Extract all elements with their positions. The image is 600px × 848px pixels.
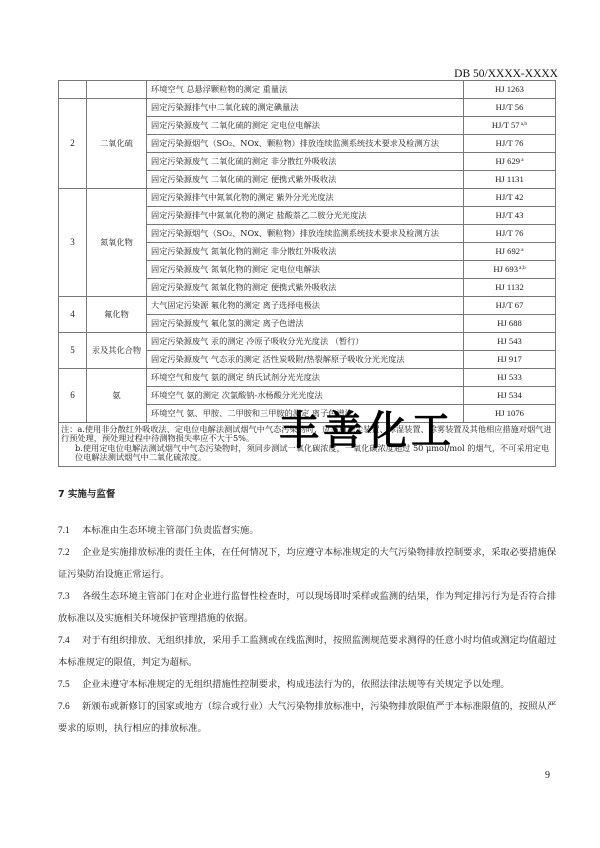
clause-list: 7.1本标准由生态环境主管部门负责监督实施。 7.2企业是实施排放标准的责任主体… — [58, 520, 558, 740]
standard-number: HJ 1132 — [464, 279, 556, 297]
clause-number: 7.1 — [58, 520, 82, 542]
method-name: 固定污染源烟气（SO₂、NOx、颗粒物）排放连续监测系统技术要求及检测方法 — [147, 135, 464, 153]
standard-number: HJ/T 57a,b — [464, 117, 556, 135]
standard-number: HJ 917 — [464, 351, 556, 369]
clause-number: 7.3 — [58, 586, 82, 608]
standard-number: HJ 629a — [464, 153, 556, 171]
clause-item: 7.3各级生态环境主管部门在对企业进行监督性检查时，可以现场即时采样或监测的结果… — [58, 586, 558, 630]
clause-text: 各级生态环境主管部门在对企业进行监督性检查时，可以现场即时采样或监测的结果，作为… — [58, 591, 556, 624]
method-name: 固定污染源排气中二氧化硫的测定碘量法 — [147, 99, 464, 117]
table-row: 6 氨 环境空气和废气 氨的测定 纳氏试剂分光光度法 HJ 533 — [59, 369, 556, 387]
method-name: 固定污染源废气 二氧化硫的测定 非分散红外吸收法 — [147, 153, 464, 171]
pollutant-name: 氟化物 — [87, 297, 147, 333]
standard-number: HJ/T 76 — [464, 225, 556, 243]
footnote-marker: a — [521, 157, 523, 163]
standard-number: HJ 533 — [464, 369, 556, 387]
table-row: 3 氮氧化物 固定污染源排气中氮氧化物的测定 紫外分光光度法 HJ/T 42 — [59, 189, 556, 207]
watermark: 丰善化工 — [252, 410, 482, 452]
standard-code: DB 50/XXXX-XXXX — [454, 68, 558, 80]
clause-text: 企业是实施排放标准的责任主体，在任何情况下，均应遵守本标准规定的大气污染物排放控… — [58, 547, 556, 580]
row-number: 2 — [59, 99, 87, 189]
clause-text: 对于有组织排放、无组织排放，采用手工监测或在线监测时，按照监测规范要求测得的任意… — [58, 635, 556, 668]
method-name: 固定污染源废气 氮氧化物的测定 定电位电解法 — [147, 261, 464, 279]
standard-number: HJ/T 56 — [464, 99, 556, 117]
standard-number: HJ/T 43 — [464, 207, 556, 225]
pollutant-name: 二氧化硫 — [87, 99, 147, 189]
method-name: 环境空气 总悬浮颗粒物的测定 重量法 — [147, 81, 464, 99]
method-name: 固定污染源废气 氟化氢的测定 离子色谱法 — [147, 315, 464, 333]
standard-number: HJ/T 42 — [464, 189, 556, 207]
method-name: 固定污染源排气中氮氧化物的测定 紫外分光光度法 — [147, 189, 464, 207]
method-name: 固定污染源废气 氮氧化物的测定 便携式紫外吸收法 — [147, 279, 464, 297]
clause-number: 7.6 — [58, 696, 82, 718]
clause-item: 7.1本标准由生态环境主管部门负责监督实施。 — [58, 520, 558, 542]
section-title: 7 实施与监督 — [58, 486, 115, 500]
pollutant-name: 氨 — [87, 369, 147, 423]
clause-text: 新颁布或新修订的国家或地方（综合或行业）大气污染物排放标准中，污染物排放限值严于… — [58, 701, 556, 734]
method-name: 大气固定污染源 氟化物的测定 离子选择电极法 — [147, 297, 464, 315]
method-name: 固定污染源废气 氮氧化物的测定 非分散红外吸收法 — [147, 243, 464, 261]
table-row: 2 二氧化硫 固定污染源排气中二氧化硫的测定碘量法 HJ/T 56 — [59, 99, 556, 117]
row-number: 4 — [59, 297, 87, 333]
standard-number: HJ 543 — [464, 333, 556, 351]
method-name: 环境空气和废气 氨的测定 纳氏试剂分光光度法 — [147, 369, 464, 387]
clause-text: 本标准由生态环境主管部门负责监督实施。 — [82, 525, 259, 536]
table-row: 4 氟化物 大气固定污染源 氟化物的测定 离子选择电极法 HJ/T 67 — [59, 297, 556, 315]
row-number: 3 — [59, 189, 87, 297]
clause-item: 7.6新颁布或新修订的国家或地方（综合或行业）大气污染物排放标准中，污染物排放限… — [58, 696, 558, 740]
clause-item: 7.5企业未遵守本标准规定的无组织措施性控制要求，构成违法行为的，依照法律法规等… — [58, 674, 558, 696]
standard-number: HJ/T 76 — [464, 135, 556, 153]
footnote-marker: a,b — [521, 121, 528, 127]
method-name: 固定污染源废气 二氧化硫的测定 定电位电解法 — [147, 117, 464, 135]
standard-number: HJ 534 — [464, 387, 556, 405]
table-row: 环境空气 总悬浮颗粒物的测定 重量法 HJ 1263 — [59, 81, 556, 99]
row-number — [59, 81, 87, 99]
clause-item: 7.4对于有组织排放、无组织排放，采用手工监测或在线监测时，按照监测规范要求测得… — [58, 630, 558, 674]
method-name: 固定污染源排气中氮氧化物的测定 盐酸萘乙二胺分光光度法 — [147, 207, 464, 225]
method-name: 环境空气 氨的测定 次氯酸钠-水杨酸分光光度法 — [147, 387, 464, 405]
pollutant-name: 氮氧化物 — [87, 189, 147, 297]
table-row: 5 汞及其化合物 固定污染源废气 汞的测定 冷原子吸收分光光度法 （暂行） HJ… — [59, 333, 556, 351]
row-number: 6 — [59, 369, 87, 423]
pollutant-name: 汞及其化合物 — [87, 333, 147, 369]
clause-number: 7.5 — [58, 674, 82, 696]
clause-number: 7.4 — [58, 630, 82, 652]
clause-item: 7.2企业是实施排放标准的责任主体，在任何情况下，均应遵守本标准规定的大气污染物… — [58, 542, 558, 586]
footnote-marker: a,b — [519, 265, 526, 271]
method-name: 固定污染源废气 二氧化硫的测定 便携式紫外吸收法 — [147, 171, 464, 189]
method-name: 固定污染源烟气（SO₂、NOx、颗粒物）排放连续监测系统技术要求及检测方法 — [147, 225, 464, 243]
standard-number: HJ 692a — [464, 243, 556, 261]
page-number: 9 — [545, 770, 550, 781]
standard-number: HJ/T 67 — [464, 297, 556, 315]
standard-number: HJ 693a,b — [464, 261, 556, 279]
row-number: 5 — [59, 333, 87, 369]
clause-number: 7.2 — [58, 542, 82, 564]
method-name: 固定污染源废气 气态汞的测定 活性炭吸附/热裂解原子吸收分光光度法 — [147, 351, 464, 369]
pollutant-name — [87, 81, 147, 99]
standard-number: HJ 1131 — [464, 171, 556, 189]
clause-text: 企业未遵守本标准规定的无组织措施性控制要求，构成违法行为的，依照法律法规等有关规… — [82, 679, 510, 690]
footnote-marker: a — [521, 247, 523, 253]
standard-number: HJ 688 — [464, 315, 556, 333]
standard-number: HJ 1263 — [464, 81, 556, 99]
method-name: 固定污染源废气 汞的测定 冷原子吸收分光光度法 （暂行） — [147, 333, 464, 351]
